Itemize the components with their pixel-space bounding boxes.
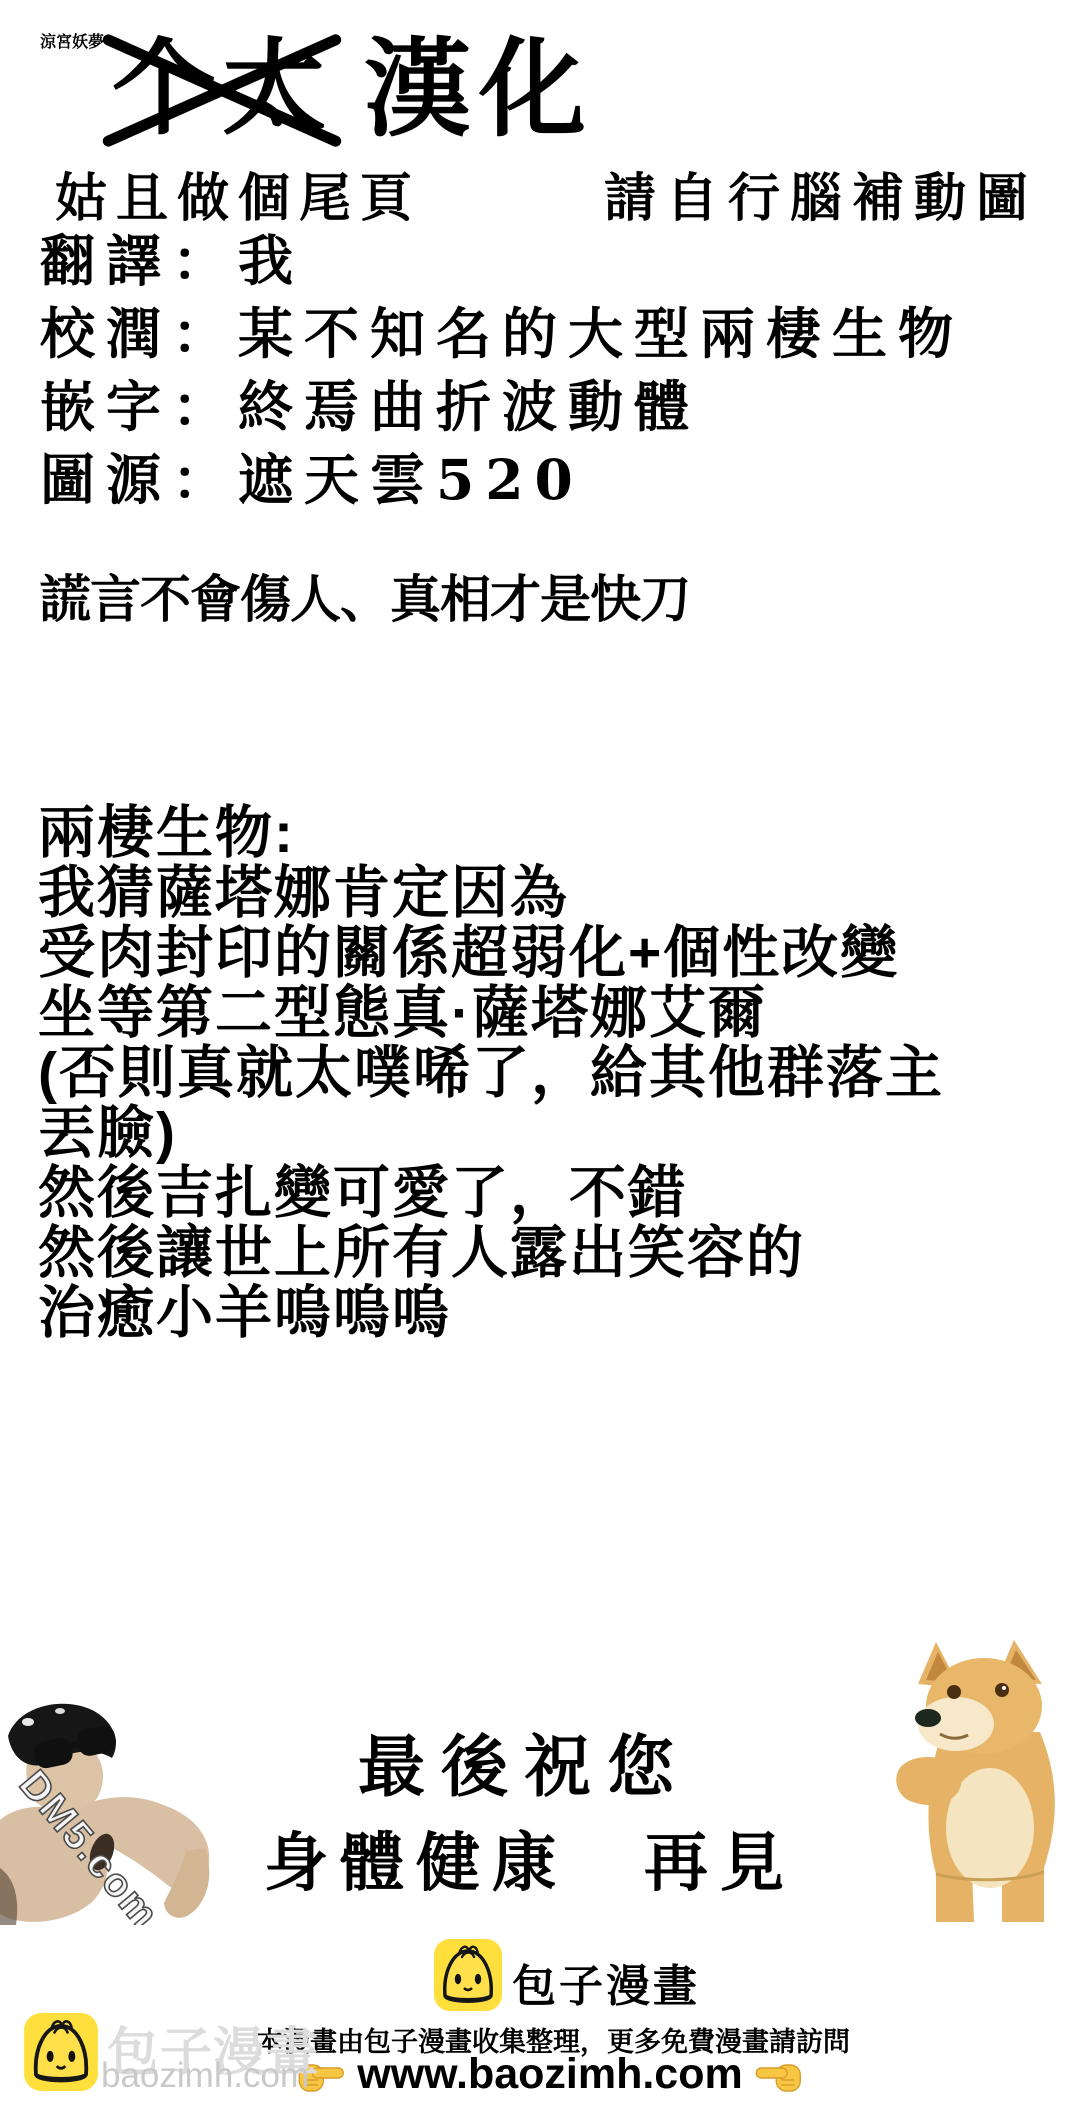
- bun-eye: [68, 2051, 75, 2062]
- commentary-line: 然後讓世上所有人露出笑容的: [38, 1223, 944, 1283]
- doge-nose: [915, 1709, 941, 1727]
- watermark-domain: baozimh.com: [101, 2056, 309, 2096]
- hair-glint: [22, 1718, 34, 1726]
- hair-glint: [55, 1708, 65, 1714]
- brand-title: 包子漫畫: [512, 1950, 700, 2014]
- baozi-logo-icon: [433, 1938, 503, 2012]
- commentary-block: 兩棲生物: 我猜薩塔娜肯定因為 受肉封印的關係超弱化+個性改變 坐等第二型態真·…: [38, 803, 944, 1343]
- commentary-line: 我猜薩塔娜肯定因為: [38, 863, 944, 923]
- title-suffix: 漢化: [364, 34, 594, 145]
- commentary-line: 坐等第二型態真·薩塔娜艾爾: [38, 983, 944, 1043]
- subtitle-left: 姑且做個尾頁: [55, 156, 421, 231]
- credits-block: 翻譯：我 校潤：某不知名的大型兩棲生物 嵌字：終焉曲折波動體 圖源：遮天雲520: [40, 224, 964, 516]
- bun-eye: [47, 2051, 54, 2062]
- credit-line-raws: 圖源：遮天雲520: [40, 443, 964, 516]
- scanlation-credits-page: 涼宮妖夢 个太 漢化 姑且做個尾頁 請自行腦補動圖 翻譯：我 校潤：某不知名的大…: [0, 0, 1080, 2120]
- doge-eye-glint: [1002, 1686, 1006, 1690]
- title-strikethrough-group: 个太: [106, 34, 338, 142]
- credit-line-translator: 翻譯：我: [40, 224, 964, 297]
- doge-eye: [947, 1685, 961, 1699]
- bun-eye: [455, 1974, 461, 1984]
- commentary-line: 然後吉扎變可愛了，不錯: [38, 1163, 944, 1223]
- commentary-line: 受肉封印的關係超弱化+個性改變: [38, 923, 944, 983]
- footer-url-row: www.baozimh.com: [298, 2050, 801, 2099]
- page-title: 涼宮妖夢 个太 漢化: [40, 34, 594, 145]
- watermark-baozi-icon: [23, 2008, 99, 2096]
- credit-line-proofreader: 校潤：某不知名的大型兩棲生物: [40, 297, 964, 370]
- meme-photo-illustration: DM5.com: [0, 1700, 216, 1925]
- commentary-line: (否則真就太噗唏了，給其他群落主: [38, 1043, 944, 1103]
- farewell-line-1: 最後祝您: [358, 1714, 690, 1810]
- commentary-line: 丟臉): [38, 1103, 944, 1163]
- point-left-icon: [756, 2057, 802, 2093]
- quote-line: 謊言不會傷人、真相才是快刀: [40, 558, 690, 632]
- doge-raised-paw: [896, 1757, 961, 1805]
- commentary-line: 兩棲生物:: [38, 803, 944, 863]
- doge-eye: [995, 1683, 1009, 1697]
- site-url: www.baozimh.com: [357, 2050, 742, 2099]
- farewell-line-2: 身體健康 再見: [264, 1812, 796, 1904]
- title-main: 涼宮妖夢: [40, 34, 104, 51]
- commentary-line: 治癒小羊嗚嗚嗚: [38, 1283, 944, 1343]
- subtitle-right: 請自行腦補動圖: [604, 156, 1038, 231]
- doge-illustration: [896, 1636, 1080, 1922]
- bun-eye: [475, 1974, 481, 1984]
- credit-line-typesetter: 嵌字：終焉曲折波動體: [40, 370, 964, 443]
